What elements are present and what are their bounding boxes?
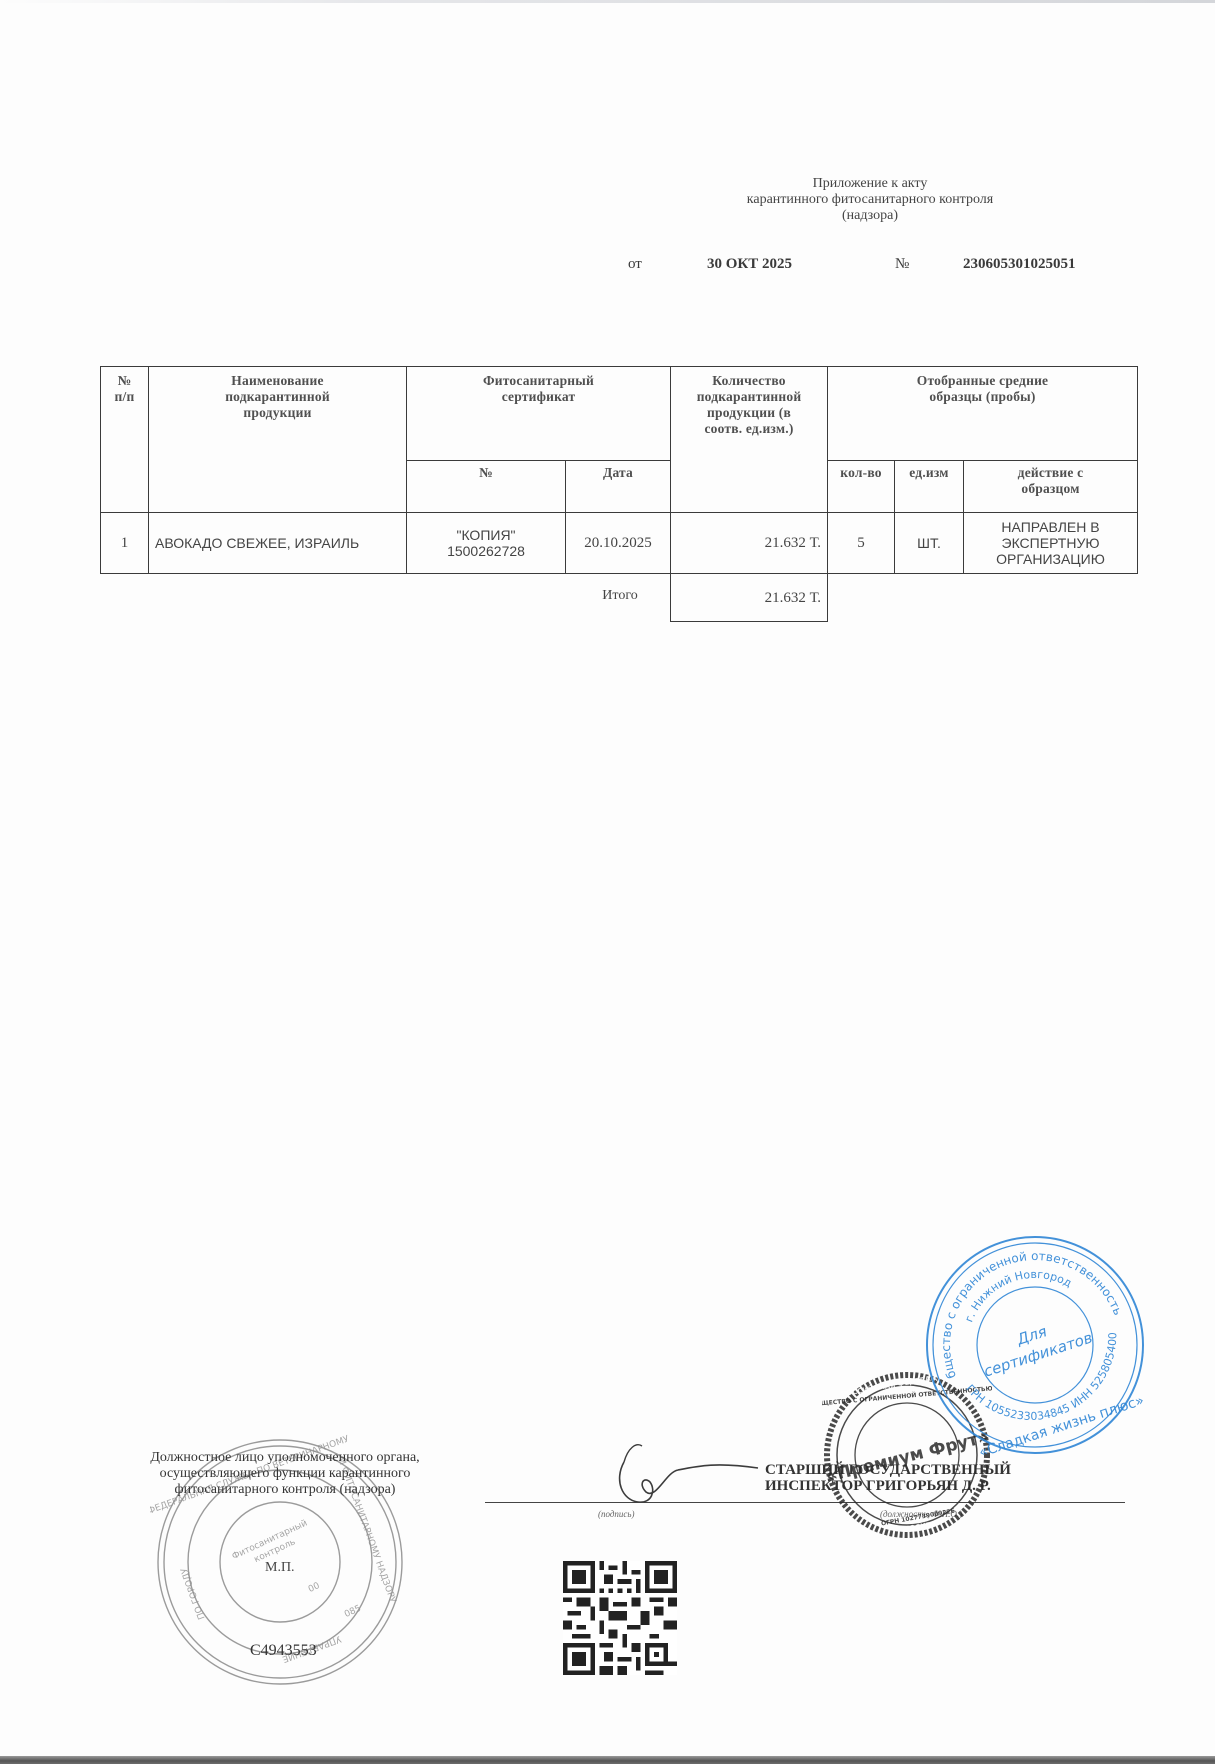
row-num: 1 <box>100 512 149 574</box>
header-num-line2: п/п <box>101 389 148 405</box>
header-quantity-line3: продукции (в <box>671 405 827 421</box>
header-samples-unit: ед.изм <box>894 460 964 513</box>
row-samples-unit: ШТ. <box>894 512 964 574</box>
appendix-title-line3: (надзора) <box>700 208 1040 224</box>
scanned-page: Приложение к акту карантинного фитосанит… <box>0 0 1215 1764</box>
header-certificate-line1: Фитосанитарный <box>407 373 670 389</box>
act-number: 230605301025051 <box>963 256 1076 273</box>
signature-scribble-icon <box>612 1432 762 1508</box>
appendix-title-line2: карантинного фитосанитарного контроля <box>700 192 1040 208</box>
row-cert-date: 20.10.2025 <box>565 512 671 574</box>
row-samples-action-line3: ОРГАНИЗАЦИЮ <box>996 551 1105 567</box>
header-samples-line1: Отобранные средние <box>828 373 1137 389</box>
row-samples-qty: 5 <box>827 512 895 574</box>
row-cert-number-value: 1500262728 <box>447 543 525 559</box>
official-caption-line3: фитосанитарного контроля (надзора) <box>110 1482 460 1498</box>
header-samples-line2: образцы (пробы) <box>828 389 1137 405</box>
header-num: № п/п <box>100 366 149 513</box>
header-samples-action-line2: образцом <box>964 481 1137 497</box>
header-product-name: Наименование подкарантинной продукции <box>148 366 407 513</box>
header-quantity: Количество подкарантинной продукции (в с… <box>670 366 828 513</box>
official-caption-line1: Должностное лицо уполномоченного органа, <box>110 1450 460 1466</box>
act-number-label: № <box>895 256 909 273</box>
header-product-name-line1: Наименование <box>149 373 406 389</box>
qr-code-icon <box>563 1561 677 1675</box>
seal-number: С4943553 <box>250 1642 317 1660</box>
official-caption: Должностное лицо уполномоченного органа,… <box>110 1450 460 1498</box>
header-num-line1: № <box>101 373 148 389</box>
company-stamp-sladkaya-zhizn-icon: общество с ограниченной ответственностью… <box>920 1230 1150 1460</box>
header-product-name-line3: продукции <box>149 405 406 421</box>
header-quantity-line4: соотв. ед.изм.) <box>671 421 827 437</box>
header-product-name-line2: подкарантинной <box>149 389 406 405</box>
header-samples: Отобранные средние образцы (пробы) <box>827 366 1138 461</box>
scan-edge-bottom <box>0 1756 1215 1764</box>
row-cert-copy-label: "КОПИЯ" <box>447 527 525 543</box>
svg-text:ПО ГОРОДУ: ПО ГОРОДУ <box>179 1566 207 1621</box>
mp-label: М.П. <box>265 1560 295 1576</box>
appendix-title: Приложение к акту карантинного фитосанит… <box>700 176 1040 224</box>
header-samples-action-line1: действие с <box>964 465 1137 481</box>
header-quantity-line2: подкарантинной <box>671 389 827 405</box>
row-samples-action-line2: ЭКСПЕРТНУЮ <box>996 535 1105 551</box>
header-cert-number: № <box>406 460 566 513</box>
header-quantity-line1: Количество <box>671 373 827 389</box>
official-caption-line2: осуществляющего функции карантинного <box>110 1466 460 1482</box>
act-from-label: от <box>628 256 642 273</box>
header-samples-action: действие с образцом <box>963 460 1138 513</box>
header-cert-date: Дата <box>565 460 671 513</box>
row-cert-number: "КОПИЯ" 1500262728 <box>406 512 566 574</box>
svg-text:00: 00 <box>307 1581 322 1595</box>
scan-edge-top <box>0 0 1215 3</box>
header-certificate: Фитосанитарный сертификат <box>406 366 671 461</box>
row-quantity: 21.632 Т. <box>670 512 828 574</box>
signature-line <box>485 1502 1125 1503</box>
header-certificate-line2: сертификат <box>407 389 670 405</box>
row-samples-action: НАПРАВЛЕН В ЭКСПЕРТНУЮ ОРГАНИЗАЦИЮ <box>963 512 1138 574</box>
header-samples-qty: кол-во <box>827 460 895 513</box>
act-date: 30 ОКТ 2025 <box>707 256 792 273</box>
signature-sublabel: (подпись) <box>598 1509 635 1519</box>
total-label: Итого <box>580 588 660 604</box>
appendix-title-line1: Приложение к акту <box>700 176 1040 192</box>
row-product-name: АВОКАДО СВЕЖЕЕ, ИЗРАИЛЬ <box>148 512 407 574</box>
total-value: 21.632 Т. <box>670 573 828 622</box>
row-samples-action-line1: НАПРАВЛЕН В <box>996 519 1105 535</box>
